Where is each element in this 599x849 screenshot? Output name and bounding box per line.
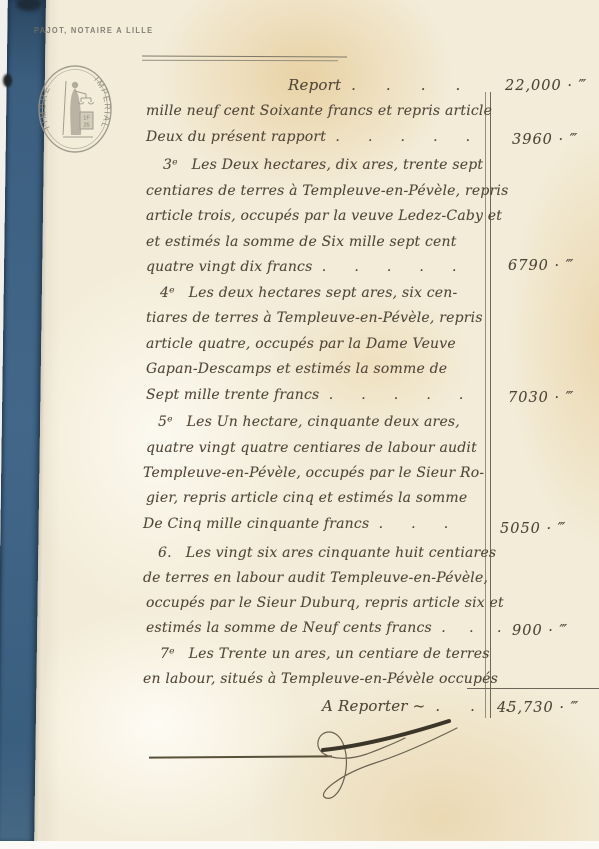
- manuscript-line: 4ᵉ Les deux hectares sept ares, six cen-: [160, 285, 457, 301]
- manuscript-line: en labour, situés à Templeuve-en-Pévèle …: [143, 671, 498, 687]
- svg-text:IMPERIAL: IMPERIAL: [92, 74, 112, 130]
- manuscript-line: De Cinq mille cinquante francs . . .: [143, 516, 448, 532]
- amount-value: 22,000 · ‴: [505, 78, 587, 94]
- manuscript-line: occupés par le Sieur Duburq, repris arti…: [146, 595, 504, 611]
- manuscript-line: et estimés la somme de Six mille sept ce…: [146, 234, 457, 250]
- seal-denomination-centimes: 25: [83, 123, 89, 129]
- manuscript-line: gier, repris article cinq et estimés la …: [146, 490, 467, 506]
- amount-value: 900 · ‴: [512, 623, 568, 639]
- scan-bottom-border: [0, 841, 599, 849]
- manuscript-line: article quatre, occupés par la Dame Veuv…: [146, 336, 456, 352]
- manuscript-line: mille neuf cent Soixante francs et repri…: [146, 103, 492, 119]
- manuscript-line: Sept mille trente francs . . . . .: [146, 387, 464, 403]
- manuscript-line: estimés la somme de Neuf cents francs . …: [146, 620, 502, 636]
- amount-value: 7030 · ‴: [508, 390, 574, 406]
- justice-figure-icon: TIMBRE IMPERIAL 1F 25: [36, 62, 114, 156]
- notary-stamp: PAJOT, NOTAIRE A LILLE: [34, 26, 153, 35]
- manuscript-line: 5ᵉ Les Un hectare, cinquante deux ares,: [158, 414, 460, 430]
- manuscript-line: 7ᵉ Les Trente un ares, un centiare de te…: [160, 646, 490, 662]
- svg-text:TIMBRE: TIMBRE: [37, 83, 52, 132]
- manuscript-line: tiares de terres à Templeuve-en-Pévèle, …: [146, 310, 483, 326]
- seal-arc-left: TIMBRE: [37, 83, 52, 132]
- manuscript-line: Deux du présent rapport . . . . .: [146, 129, 470, 145]
- amount-value: 5050 · ‴: [500, 521, 566, 537]
- manuscript-line: Gapan-Descamps et estimés la somme de: [146, 361, 447, 377]
- total-amount: 45,730 · ‴: [497, 700, 579, 716]
- scanned-notarial-document: PAJOT, NOTAIRE A LILLE TIMBRE IMPERIAL: [0, 0, 599, 849]
- amount-value: 6790 · ‴: [508, 258, 574, 274]
- manuscript-line: quatre vingt dix francs . . . . .: [146, 259, 457, 275]
- manuscript-line: 3ᵉ Les Deux hectares, dix ares, trente s…: [163, 157, 483, 173]
- manuscript-line: article trois, occupés par la veuve Lede…: [146, 208, 502, 224]
- total-rule: [467, 688, 599, 689]
- manuscript-line: Templeuve-en-Pévèle, occupés par le Sieu…: [143, 465, 484, 481]
- amount-value: 3960 · ‴: [512, 132, 578, 148]
- spine-ink-blot: [3, 74, 12, 87]
- seal-denomination-francs: 1F: [83, 116, 90, 122]
- manuscript-line: quatre vingt quatre centiares de labour …: [146, 440, 477, 456]
- manuscript-line: de terres en labour audit Templeuve-en-P…: [143, 570, 488, 586]
- manuscript-line: 6. Les vingt six ares cinquante huit cen…: [158, 545, 496, 561]
- signature-flourish-icon: [255, 698, 485, 806]
- manuscript-line: centiares de terres à Templeuve-en-Pévèl…: [146, 183, 508, 199]
- seal-arc-right: IMPERIAL: [92, 74, 112, 130]
- imperial-seal: TIMBRE IMPERIAL 1F 25: [36, 62, 114, 156]
- manuscript-line: Report . . . .: [288, 76, 460, 94]
